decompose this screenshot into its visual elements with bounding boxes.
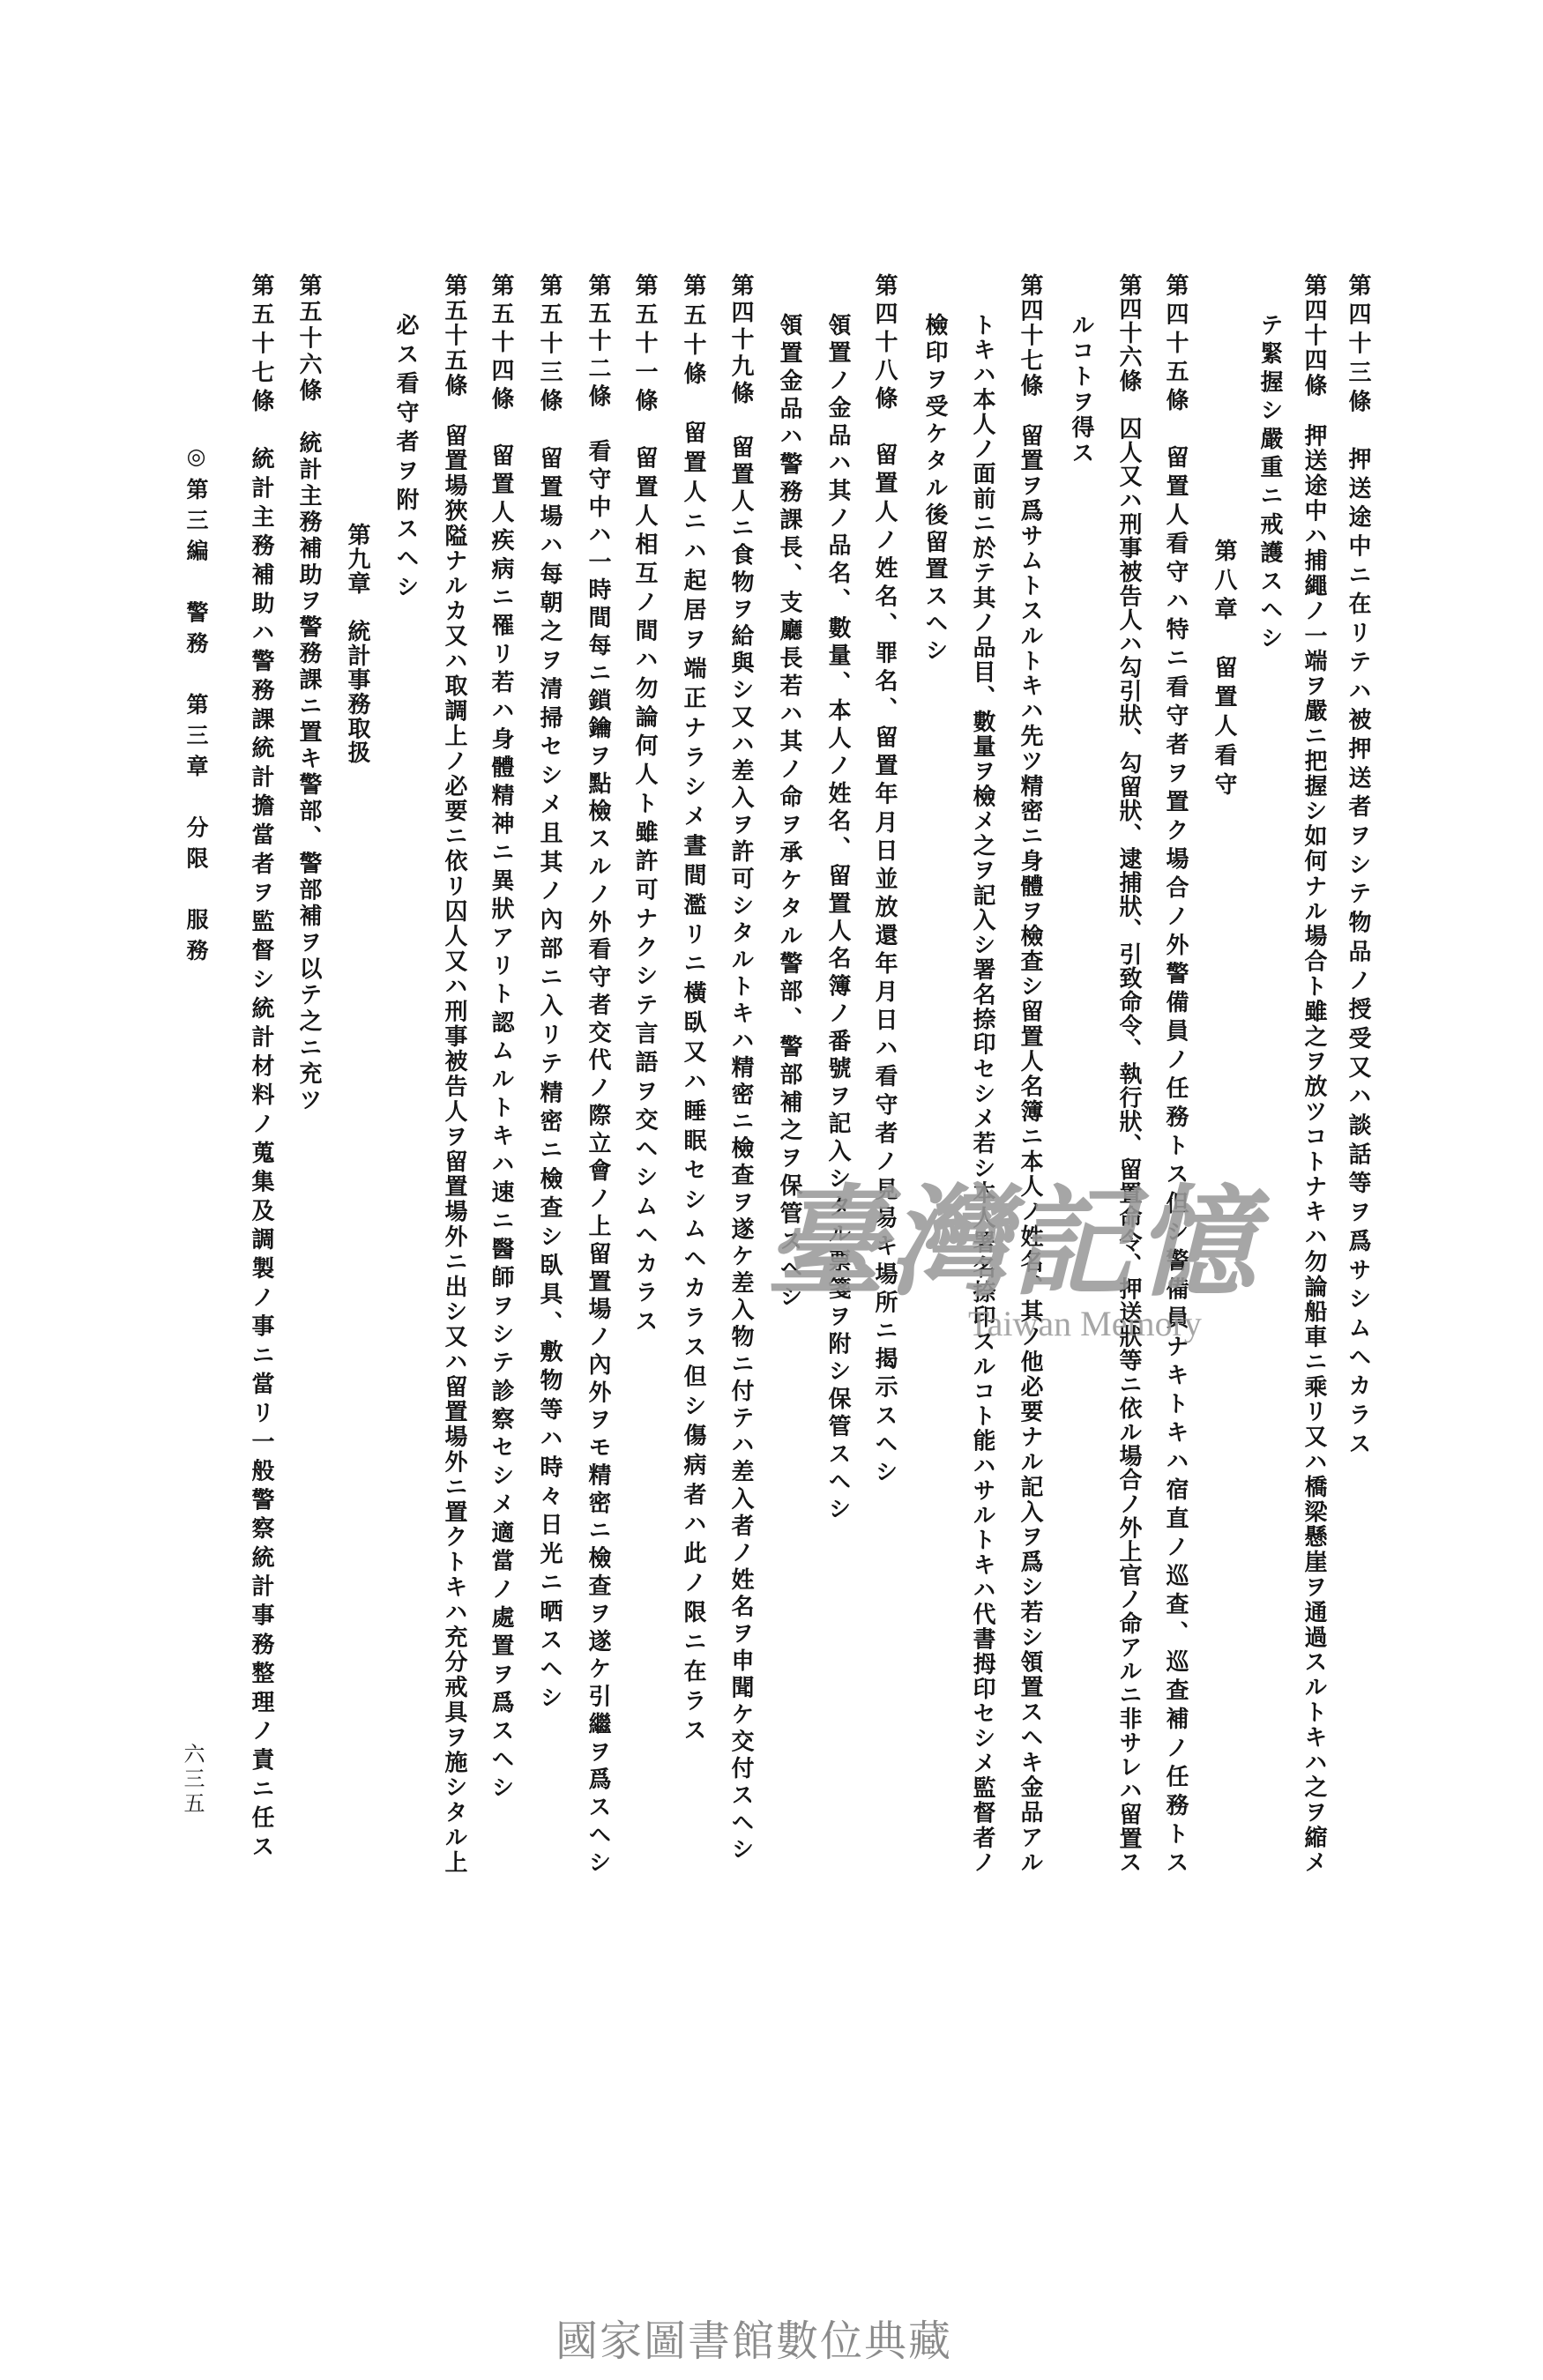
chapter-8-heading: 第八章 留置人看守: [1209, 539, 1239, 795]
article-56-line: 第五十六條 統計主務補助ヲ警務課ニ置キ警部、警部補ヲ以テ之ニ充ツ: [294, 273, 324, 1111]
article-51-line: 第五十一條 留置人相互ノ間ハ勿論何人ト雖許可ナクシテ言語ヲ交ヘシムヘカラス: [630, 273, 660, 1332]
article-55-continuation: 必ス看守者ヲ附スヘシ: [391, 313, 421, 598]
article-48-paragraph-2: 領置ノ金品ハ其ノ品名、數量、本人ノ姓名、留置人名簿ノ番號ヲ記入シタル票箋ヲ附シ保…: [823, 313, 853, 1520]
scanned-page: 第四十三條 押送途中ニ在リテハ被押送者ヲシテ物品ノ授受又ハ談話等ヲ爲サシムヘカラ…: [0, 0, 1543, 2380]
article-54-line: 第五十四條 留置人疾病ニ罹リ若ハ身體精神ニ異狀アリト認ムルトキハ速ニ醫師ヲシテ診…: [486, 273, 516, 1798]
article-45-line: 第四十五條 留置人看守ハ特ニ看守者ヲ置ク場合ノ外警備員ノ任務トス但シ警備員ナキト…: [1160, 273, 1190, 1873]
library-credit: 國家圖書館數位典藏: [555, 2315, 952, 2368]
article-44-line: 第四十四條 押送途中ハ捕繩ノ一端ヲ嚴ニ把握シ如何ナル場合ト雖之ヲ放ツコトナキハ勿…: [1299, 273, 1329, 1873]
article-46-line: 第四十六條 囚人又ハ刑事被告人ハ勾引狀、勾留狀、逮捕狀、引致命令、執行狀、留置命…: [1114, 273, 1144, 1873]
article-52-line: 第五十二條 看守中ハ一時間每ニ鎖鑰ヲ點檢スルノ外看守者交代ノ際立會ノ上留置場ノ內…: [583, 273, 613, 1873]
article-43-line: 第四十三條 押送途中ニ在リテハ被押送者ヲシテ物品ノ授受又ハ談話等ヲ爲サシムヘカラ…: [1343, 273, 1373, 1454]
article-47-continuation-2: 檢印ヲ受ケタル後留置スヘシ: [920, 313, 950, 661]
running-header: ◎第三編 警務 第三章 分限 服務: [181, 443, 211, 961]
article-53-line: 第五十三條 留置場ハ每朝之ヲ清掃セシメ且其ノ內部ニ入リテ精密ニ檢查シ臥具、敷物等…: [534, 273, 564, 1708]
article-57-line: 第五十七條 統計主務補助ハ警務課統計擔當者ヲ監督シ統計材料ノ蒐集及調製ノ事ニ當リ…: [246, 273, 276, 1857]
article-48-line: 第四十八條 留置人ノ姓名、罪名、留置年月日並放還年月日ハ看守者ノ見易キ場所ニ揭示…: [869, 273, 899, 1483]
article-55-line: 第五十五條 留置場狹隘ナルカ又ハ取調上ノ必要ニ依リ囚人又ハ刑事被告人ヲ留置場外ニ…: [439, 273, 469, 1873]
article-44-continuation: テ緊握シ嚴重ニ戒護スヘシ: [1255, 313, 1285, 649]
page-number: 六三五: [177, 1743, 207, 1813]
chapter-9-heading: 第九章 統計事務取扱: [342, 523, 372, 763]
article-48-paragraph-3: 領置金品ハ警務課長、支廳長若ハ其ノ命ヲ承ケタル警部、警部補之ヲ保管スヘシ: [774, 313, 804, 1307]
article-50-line: 第五十條 留置人ニハ起居ヲ端正ナラシメ晝間濫リニ橫臥又ハ睡眠セシムヘカラス但シ傷…: [678, 273, 708, 1741]
article-49-line: 第四十九條 留置人ニ食物ヲ給與シ又ハ差入ヲ許可シタルトキハ精密ニ檢查ヲ遂ケ差入物…: [726, 273, 756, 1860]
article-46-continuation: ルコトヲ得ス: [1066, 313, 1096, 464]
article-47-line: 第四十七條 留置ヲ爲サムトスルトキハ先ツ精密ニ身體ヲ檢查シ留置人名簿ニ本人ノ姓名…: [1015, 273, 1045, 1873]
article-47-continuation-1: トキハ本人ノ面前ニ於テ其ノ品目、數量ヲ檢メ之ヲ記入シ署名捺印セシメ若シ本人署名捺…: [967, 313, 997, 1873]
